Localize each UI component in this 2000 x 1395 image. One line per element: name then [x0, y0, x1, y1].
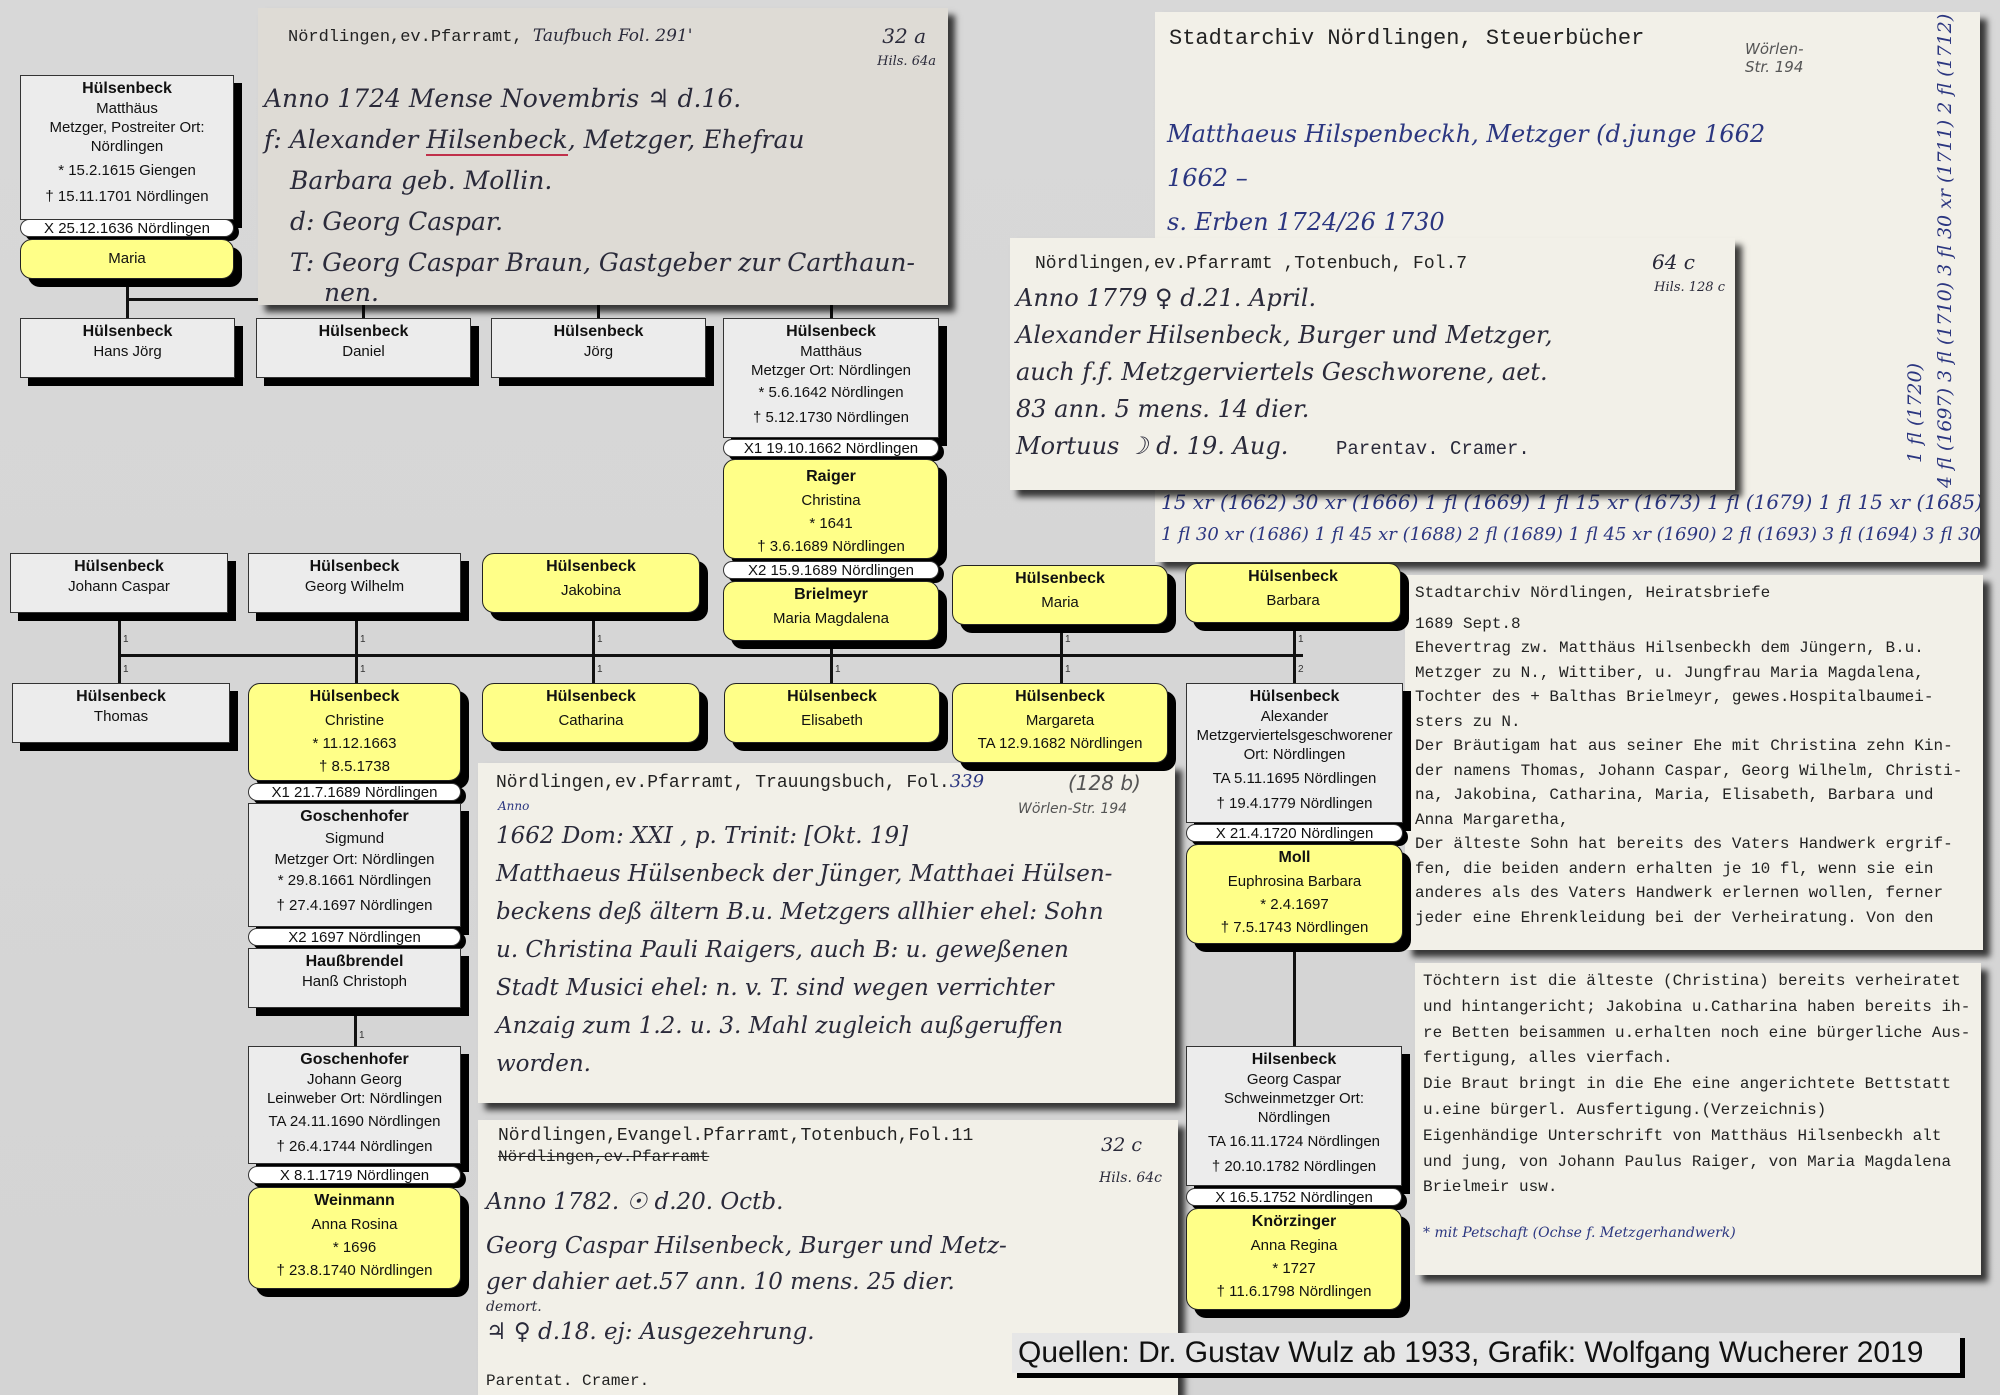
person-johann-caspar[interactable]: Hülsenbeck Johann Caspar — [10, 553, 228, 613]
tax-row: 1 fl 30 xr (1686) 1 fl 45 xr (1688) 2 fl… — [1161, 524, 1980, 545]
person-knoerzinger[interactable]: Knörzinger Anna Regina * 1727 † 11.6.179… — [1186, 1208, 1402, 1310]
doc-line: 1662 Dom: XXI , p. Trinit: [Okt. 19] — [496, 817, 1112, 855]
doc-line: Brielmeir usw. — [1423, 1175, 1970, 1201]
doc-line: Ehevertrag zw. Matthäus Hilsenbeckh dem … — [1415, 636, 1962, 661]
line-marker: 1 — [597, 634, 603, 645]
line-marker: 1 — [1065, 634, 1071, 645]
doc-line: 83 ann. 5 mens. 14 dier. — [1016, 391, 1552, 428]
doc-line: T: Georg Caspar Braun, Gastgeber zur Car… — [264, 242, 915, 283]
doc-line: Die Braut bringt in die Ehe eine angeric… — [1423, 1072, 1970, 1098]
doc-line: Eigenhändige Unterschrift von Matthäus H… — [1423, 1124, 1970, 1150]
doc-line: u. Christina Pauli Raigers, auch B: u. g… — [496, 931, 1112, 969]
connector-line — [1293, 627, 1296, 685]
doc-line: Töchtern ist die älteste (Christina) ber… — [1423, 969, 1970, 995]
doc-line: Stadtarchiv Nördlingen, Heiratsbriefe — [1415, 581, 1962, 606]
person-maria[interactable]: Hülsenbeck Maria — [952, 565, 1168, 625]
connector-line — [118, 615, 121, 685]
doc-line: ♃ ♀ d.18. ej: Ausgezehrung. — [486, 1314, 1007, 1350]
document-heiratsbriefe: Stadtarchiv Nördlingen, Heiratsbriefe 16… — [1405, 575, 1983, 950]
person-goschenhofer-sigmund[interactable]: Goschenhofer Sigmund Metzger Ort: Nördli… — [248, 803, 461, 927]
marriage-label: X2 15.9.1689 Nördlingen — [723, 561, 939, 579]
marriage-label: X 25.12.1636 Nördlingen — [20, 219, 234, 237]
doc-ref: Hils. 128 c — [1654, 280, 1725, 295]
doc-line: worden. — [496, 1045, 1112, 1083]
doc-line: auch f.f. Metzgerviertels Geschworene, a… — [1016, 354, 1552, 391]
doc-line: f: Alexander Hilsenbeck, Metzger, Ehefra… — [264, 119, 915, 160]
sibling-line — [118, 654, 1303, 657]
doc-line: Anno 1782. ☉ d.20. Octb. — [486, 1184, 1007, 1220]
person-moll[interactable]: Moll Euphrosina Barbara * 2.4.1697 † 7.5… — [1186, 844, 1403, 944]
marriage-label: X2 1697 Nördlingen — [248, 928, 461, 946]
marriage-label: X1 21.7.1689 Nördlingen — [248, 783, 461, 801]
person-goschenhofer-johann-georg[interactable]: Goschenhofer Johann Georg Leinweber Ort:… — [248, 1046, 461, 1164]
person-thomas[interactable]: Hülsenbeck Thomas — [12, 683, 230, 743]
line-marker: 1 — [123, 664, 129, 675]
document-totenbuch-1779: Nördlingen,ev.Pfarramt ,Totenbuch, Fol.7… — [1010, 238, 1735, 490]
person-jakobina[interactable]: Hülsenbeck Jakobina — [482, 553, 700, 613]
tax-vertical: 4 fl (1697) 3 fl (1710) 3 fl 30 xr (1711… — [1934, 18, 1956, 488]
doc-line: fertigung, alles vierfach. — [1423, 1046, 1970, 1072]
person-matthaeus-sr[interactable]: Hülsenbeck Matthäus Metzger, Postreiter … — [20, 75, 234, 220]
line-marker: 2 — [1298, 664, 1304, 675]
doc-header-hand: Taufbuch Fol. 291' — [533, 26, 693, 46]
doc-line: und jung, von Johann Paulus Raiger, von … — [1423, 1150, 1970, 1176]
connector-line — [354, 1010, 357, 1048]
doc-line: ger dahier aet.57 ann. 10 mens. 25 dier. — [486, 1264, 1007, 1300]
person-georg-wilhelm[interactable]: Hülsenbeck Georg Wilhelm — [248, 553, 461, 613]
doc-line: fen, die beiden andern erhalten je 10 fl… — [1415, 857, 1962, 882]
connector-line — [592, 615, 595, 685]
doc-ref: Hils. 64a — [877, 54, 936, 69]
doc-ref: 32 a — [882, 24, 926, 48]
doc-line: Anno 1724 Mense Novembris ♃ d.16. — [264, 78, 915, 119]
doc-ref: Wörlen-Str. 194 — [1745, 40, 1825, 76]
doc-ref: 64 c — [1652, 250, 1695, 274]
doc-header: Nördlingen,ev.Pfarramt ,Totenbuch, Fol.7 — [1035, 254, 1467, 274]
doc-line: beckens deß ältern B.u. Metzgers allhier… — [496, 893, 1112, 931]
person-margareta[interactable]: Hülsenbeck Margareta TA 12.9.1682 Nördli… — [952, 683, 1168, 763]
line-marker: 1 — [835, 664, 841, 675]
doc-line: sters zu N. — [1415, 710, 1962, 735]
person-elisabeth[interactable]: Hülsenbeck Elisabeth — [724, 683, 940, 743]
document-taufbuch: Nördlingen,ev.Pfarramt, Taufbuch Fol. 29… — [258, 8, 948, 305]
person-catharina[interactable]: Hülsenbeck Catharina — [482, 683, 700, 743]
connector-line — [830, 642, 833, 685]
tax-row: 15 xr (1662) 30 xr (1666) 1 fl (1669) 1 … — [1161, 490, 1980, 514]
doc-line: und hintangericht; Jakobina u.Catharina … — [1423, 995, 1970, 1021]
doc-line: Anno 1779 ♀ d.21. April. — [1016, 280, 1552, 317]
source-credit: Quellen: Dr. Gustav Wulz ab 1933, Grafik… — [1012, 1333, 1960, 1373]
doc-line: Alexander Hilsenbeck, Burger und Metzger… — [1016, 317, 1552, 354]
doc-ref: (128 b) — [1068, 771, 1141, 795]
doc-line: Matthaeus Hilspenbeckh, Metzger (d.junge… — [1167, 112, 1765, 156]
document-trauungsbuch: Nördlingen,ev.Pfarramt, Trauungsbuch, Fo… — [478, 763, 1175, 1103]
doc-line: Metzger zu N., Wittiber, u. Jungfrau Mar… — [1415, 661, 1962, 686]
doc-header: Stadtarchiv Nördlingen, Steuerbücher — [1169, 26, 1644, 51]
person-maria-wife[interactable]: Maria — [20, 239, 234, 279]
doc-line: Anzaig zum 1.2. u. 3. Mahl zugleich außg… — [496, 1007, 1112, 1045]
person-weinmann[interactable]: Weinmann Anna Rosina * 1696 † 23.8.1740 … — [248, 1187, 461, 1289]
doc-line: Der älteste Sohn hat bereits des Vaters … — [1415, 832, 1962, 857]
doc-ref: Wörlen-Str. 194 — [1018, 801, 1127, 817]
doc-line: der namens Thomas, Johann Caspar, Georg … — [1415, 759, 1962, 784]
doc-header: Nördlingen,ev.Pfarramt, — [288, 28, 523, 47]
doc-line: 1662 – — [1167, 156, 1765, 200]
person-barbara[interactable]: Hülsenbeck Barbara — [1185, 563, 1401, 623]
person-alexander[interactable]: Hülsenbeck Alexander Metzgerviertelsgesc… — [1186, 683, 1403, 823]
marriage-label: X 8.1.1719 Nördlingen — [248, 1166, 461, 1184]
doc-line: re Betten beisammen u.erhalten noch eine… — [1423, 1021, 1970, 1047]
doc-anno: Anno — [498, 799, 529, 813]
doc-line: d: Georg Caspar. — [264, 201, 915, 242]
doc-header: Nördlingen,Evangel.Pfarramt,Totenbuch,Fo… — [498, 1126, 973, 1146]
doc-ref: 32 c — [1101, 1134, 1142, 1156]
doc-line: Matthaeus Hülsenbeck der Jünger, Matthae… — [496, 855, 1112, 893]
doc-footnote: * mit Petschaft (Ochse f. Metzgerhandwer… — [1423, 1225, 1736, 1241]
tax-vertical: 1 fl (1720) — [1904, 343, 1926, 463]
line-marker: 1 — [359, 1030, 365, 1041]
connector-line — [1293, 947, 1296, 1047]
person-brielmeyr[interactable]: Brielmeyr Maria Magdalena — [723, 581, 939, 641]
line-marker: 1 — [597, 664, 603, 675]
line-marker: 1 — [360, 664, 366, 675]
doc-line: nen. — [264, 283, 915, 303]
person-hans-joerg[interactable]: Hülsenbeck Hans Jörg — [20, 318, 235, 378]
doc-line: Stadt Musici ehel: n. v. T. sind wegen v… — [496, 969, 1112, 1007]
person-christine[interactable]: Hülsenbeck Christine * 11.12.1663 † 8.5.… — [248, 683, 461, 781]
doc-line: Tochter des + Balthas Brielmeyr, gewes.H… — [1415, 685, 1962, 710]
connector-line — [355, 615, 358, 685]
doc-line: demort. — [486, 1300, 1007, 1314]
doc-line: Der Bräutigam hat aus seiner Ehe mit Chr… — [1415, 734, 1962, 759]
doc-line: Parentat. Cramer. — [486, 1372, 649, 1390]
marriage-label: X 21.4.1720 Nördlingen — [1186, 824, 1403, 842]
person-haussbrendel[interactable]: Haußbrendel Hanß Christoph — [248, 948, 461, 1008]
person-matthaeus-jr[interactable]: Hülsenbeck Matthäus Metzger Ort: Nördlin… — [723, 318, 939, 438]
person-daniel[interactable]: Hülsenbeck Daniel — [256, 318, 471, 378]
doc-ref: Hils. 64c — [1099, 1170, 1162, 1186]
doc-line: Georg Caspar Hilsenbeck, Burger und Metz… — [486, 1228, 1007, 1264]
doc-line: Mortuus ☽ d. 19. Aug. Parentav. Cramer. — [1016, 428, 1552, 468]
doc-line: na, Jakobina, Catharina, Maria, Elisabet… — [1415, 783, 1962, 808]
doc-line: 1689 Sept.8 — [1415, 612, 1962, 637]
doc-line: u.eine bürgerl. Ausfertigung.(Verzeichni… — [1423, 1098, 1970, 1124]
person-joerg[interactable]: Hülsenbeck Jörg — [491, 318, 706, 378]
marriage-label: X 16.5.1752 Nördlingen — [1186, 1188, 1402, 1206]
document-heiratsbriefe-continued: Töchtern ist die älteste (Christina) ber… — [1415, 963, 1981, 1275]
doc-line: Barbara geb. Mollin. — [264, 160, 915, 201]
line-marker: 1 — [360, 634, 366, 645]
doc-line: Anna Margaretha, — [1415, 808, 1962, 833]
line-marker: 1 — [1065, 664, 1071, 675]
line-marker: 1 — [123, 634, 129, 645]
doc-header: Nördlingen,ev.Pfarramt, Trauungsbuch, Fo… — [496, 773, 950, 793]
doc-folio: 339 — [950, 771, 984, 792]
doc-line: anderes als des Vaters Handwerk erlernen… — [1415, 881, 1962, 906]
person-raiger-christina[interactable]: Raiger Christina * 1641 † 3.6.1689 Nördl… — [723, 459, 939, 559]
marriage-label: X1 19.10.1662 Nördlingen — [723, 439, 939, 457]
doc-line: jeder eine Ehrenkleidung bei der Verheir… — [1415, 906, 1962, 931]
connector-line — [1060, 627, 1063, 685]
person-georg-caspar[interactable]: Hilsenbeck Georg Caspar Schweinmetzger O… — [1186, 1046, 1402, 1186]
doc-header-struck: Nördlingen,ev.Pfarramt — [498, 1148, 709, 1166]
line-marker: 1 — [1298, 634, 1304, 645]
